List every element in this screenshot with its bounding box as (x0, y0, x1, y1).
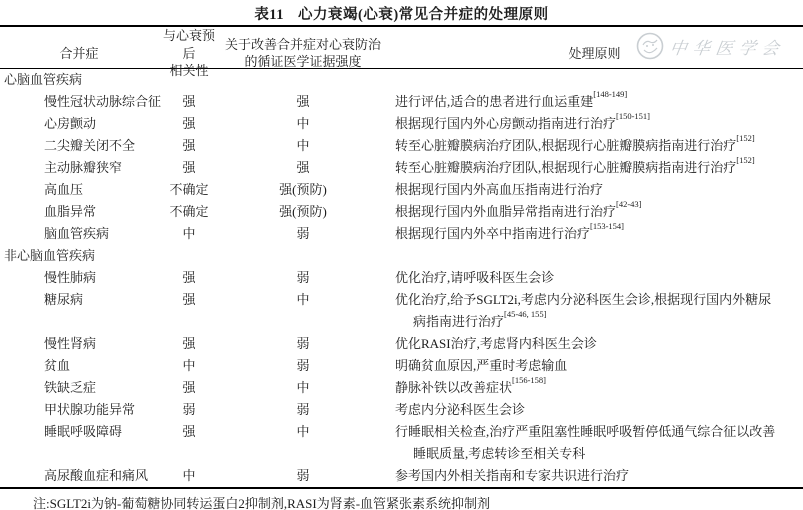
evidence-cell: 强(预防) (220, 179, 386, 201)
principle-line: 根据现行国内外高血压指南进行治疗 (395, 179, 799, 201)
principle-line: 优化治疗,给予SGLT2i,考虑内分泌科医生会诊,根据现行国内外糖尿 (395, 289, 799, 311)
prognosis-cell: 强 (158, 289, 220, 333)
table-row: 铁缺乏症 强 中 静脉补铁以改善症状[156-158] (0, 377, 803, 399)
table-row: 高血压 不确定 强(预防) 根据现行国内外高血压指南进行治疗 (0, 179, 803, 201)
prognosis-cell: 不确定 (158, 201, 220, 223)
comorbidity-cell: 高血压 (0, 179, 158, 201)
prognosis-cell: 强 (158, 333, 220, 355)
comorbidity-cell: 非心脑血管疾病 (0, 245, 158, 267)
table-row: 慢性肺病 强 弱 优化治疗,请呼吸科医生会诊 (0, 267, 803, 289)
evidence-cell: 中 (220, 377, 386, 399)
table-row: 脑血管疾病 中 弱 根据现行国内外卒中指南进行治疗[153-154] (0, 223, 803, 245)
section-row: 心脑血管疾病 (0, 69, 803, 91)
principle-cell: 考虑内分泌科医生会诊 (386, 399, 803, 421)
evidence-cell: 中 (220, 113, 386, 135)
comorbidity-cell: 慢性冠状动脉综合征 (0, 91, 158, 113)
evidence-cell: 弱 (220, 333, 386, 355)
table-title: 表11心力衰竭(心衰)常见合并症的处理原则 (0, 0, 803, 25)
table-row: 贫血 中 弱 明确贫血原因,严重时考虑输血 (0, 355, 803, 377)
header-evidence-line1: 关于改善合并症对心衰防治 (220, 36, 386, 54)
comorbidity-cell: 睡眠呼吸障碍 (0, 421, 158, 465)
principle-cell (386, 69, 803, 91)
principle-cell: 静脉补铁以改善症状[156-158] (386, 377, 803, 399)
table-number: 表11 (254, 7, 284, 23)
principle-cell: 优化RASI治疗,考虑肾内科医生会诊 (386, 333, 803, 355)
table-row: 糖尿病 强 中 优化治疗,给予SGLT2i,考虑内分泌科医生会诊,根据现行国内外… (0, 289, 803, 333)
prognosis-cell: 强 (158, 377, 220, 399)
principle-line: 明确贫血原因,严重时考虑输血 (395, 355, 799, 377)
comorbidity-table: 合并症 与心衰预后 相关性 关于改善合并症对心衰防治 的循证医学证据强度 处理原… (0, 25, 803, 489)
prognosis-cell: 不确定 (158, 179, 220, 201)
table-row: 甲状腺功能异常 弱 弱 考虑内分泌科医生会诊 (0, 399, 803, 421)
principle-line: 转至心脏瓣膜病治疗团队,根据现行心脏瓣膜病指南进行治疗[152] (395, 135, 799, 157)
comorbidity-cell: 甲状腺功能异常 (0, 399, 158, 421)
evidence-cell: 弱 (220, 267, 386, 289)
comorbidity-cell: 脑血管疾病 (0, 223, 158, 245)
evidence-cell: 弱 (220, 223, 386, 245)
table-title-text: 心力衰竭(心衰)常见合并症的处理原则 (298, 7, 549, 23)
prognosis-cell: 中 (158, 223, 220, 245)
reference-superscript: [42-43] (616, 199, 642, 209)
principle-line: 考虑内分泌科医生会诊 (395, 399, 799, 421)
reference-superscript: [153-154] (590, 221, 624, 231)
principle-line: 根据现行国内外血脂异常指南进行治疗[42-43] (395, 201, 799, 223)
principle-cell: 参考国内外相关指南和专家共识进行治疗 (386, 465, 803, 487)
prognosis-cell: 中 (158, 465, 220, 487)
principle-cell (386, 245, 803, 267)
prognosis-cell: 强 (158, 421, 220, 465)
table-row: 主动脉瓣狭窄 强 强 转至心脏瓣膜病治疗团队,根据现行心脏瓣膜病指南进行治疗[1… (0, 157, 803, 179)
evidence-cell (220, 69, 386, 91)
table-footnote: 注:SGLT2i为钠-葡萄糖协同转运蛋白2抑制剂,RASI为肾素-血管紧张素系统… (0, 491, 803, 510)
principle-line: 优化治疗,请呼吸科医生会诊 (395, 267, 799, 289)
comorbidity-cell: 糖尿病 (0, 289, 158, 333)
principle-cell: 优化治疗,请呼吸科医生会诊 (386, 267, 803, 289)
evidence-cell: 中 (220, 421, 386, 465)
evidence-cell: 强 (220, 157, 386, 179)
principle-line: 进行评估,适合的患者进行血运重建[148-149] (395, 91, 799, 113)
table-row: 慢性冠状动脉综合征 强 强 进行评估,适合的患者进行血运重建[148-149] (0, 91, 803, 113)
table-body: 心脑血管疾病 慢性冠状动脉综合征 强 强 进行评估,适合的患者进行血运重建[14… (0, 69, 803, 487)
header-evidence: 关于改善合并症对心衰防治 的循证医学证据强度 (220, 36, 386, 71)
prognosis-cell: 强 (158, 113, 220, 135)
evidence-cell: 强(预防) (220, 201, 386, 223)
prognosis-cell: 弱 (158, 399, 220, 421)
evidence-cell: 中 (220, 289, 386, 333)
prognosis-cell (158, 245, 220, 267)
prognosis-cell: 强 (158, 135, 220, 157)
comorbidity-cell: 心房颤动 (0, 113, 158, 135)
comorbidity-cell: 慢性肺病 (0, 267, 158, 289)
document-page: 表11心力衰竭(心衰)常见合并症的处理原则 合并症 与心衰预后 相关性 关于改善… (0, 0, 803, 510)
table-row: 高尿酸血症和痛风 中 弱 参考国内外相关指南和专家共识进行治疗 (0, 465, 803, 487)
comorbidity-cell: 心脑血管疾病 (0, 69, 158, 91)
evidence-cell: 弱 (220, 355, 386, 377)
principle-cell: 优化治疗,给予SGLT2i,考虑内分泌科医生会诊,根据现行国内外糖尿病指南进行治… (386, 289, 803, 333)
principle-line: 病指南进行治疗[45-46, 155] (395, 311, 799, 333)
principle-cell: 转至心脏瓣膜病治疗团队,根据现行心脏瓣膜病指南进行治疗[152] (386, 135, 803, 157)
evidence-cell: 中 (220, 135, 386, 157)
comorbidity-cell: 慢性肾病 (0, 333, 158, 355)
reference-superscript: [156-158] (512, 375, 546, 385)
comorbidity-cell: 铁缺乏症 (0, 377, 158, 399)
table-row: 慢性肾病 强 弱 优化RASI治疗,考虑肾内科医生会诊 (0, 333, 803, 355)
prognosis-cell: 强 (158, 91, 220, 113)
header-prognosis-line1: 与心衰预后 (158, 27, 220, 62)
principle-cell: 转至心脏瓣膜病治疗团队,根据现行心脏瓣膜病指南进行治疗[152] (386, 157, 803, 179)
principle-cell: 根据现行国内外心房颤动指南进行治疗[150-151] (386, 113, 803, 135)
prognosis-cell: 强 (158, 267, 220, 289)
table-row: 心房颤动 强 中 根据现行国内外心房颤动指南进行治疗[150-151] (0, 113, 803, 135)
header-evidence-line2: 的循证医学证据强度 (220, 53, 386, 71)
comorbidity-cell: 高尿酸血症和痛风 (0, 465, 158, 487)
table-row: 二尖瓣关闭不全 强 中 转至心脏瓣膜病治疗团队,根据现行心脏瓣膜病指南进行治疗[… (0, 135, 803, 157)
principle-cell: 根据现行国内外血脂异常指南进行治疗[42-43] (386, 201, 803, 223)
prognosis-cell: 中 (158, 355, 220, 377)
comorbidity-cell: 贫血 (0, 355, 158, 377)
table-bottom-rule (0, 487, 803, 489)
reference-superscript: [45-46, 155] (504, 309, 547, 319)
principle-line: 参考国内外相关指南和专家共识进行治疗 (395, 465, 799, 487)
principle-line: 转至心脏瓣膜病治疗团队,根据现行心脏瓣膜病指南进行治疗[152] (395, 157, 799, 179)
principle-cell: 明确贫血原因,严重时考虑输血 (386, 355, 803, 377)
principle-cell: 进行评估,适合的患者进行血运重建[148-149] (386, 91, 803, 113)
principle-line: 静脉补铁以改善症状[156-158] (395, 377, 799, 399)
header-prognosis-line2: 相关性 (158, 62, 220, 80)
header-principle: 处理原则 (386, 45, 803, 63)
principle-cell: 行睡眠相关检查,治疗严重阻塞性睡眠呼吸暂停低通气综合征以改善睡眠质量,考虑转诊至… (386, 421, 803, 465)
evidence-cell: 弱 (220, 399, 386, 421)
prognosis-cell: 强 (158, 157, 220, 179)
header-comorbidity: 合并症 (0, 45, 158, 63)
reference-superscript: [152] (736, 155, 754, 165)
header-prognosis: 与心衰预后 相关性 (158, 27, 220, 80)
principle-line: 优化RASI治疗,考虑肾内科医生会诊 (395, 333, 799, 355)
principle-line: 行睡眠相关检查,治疗严重阻塞性睡眠呼吸暂停低通气综合征以改善 (395, 421, 799, 443)
evidence-cell (220, 245, 386, 267)
reference-superscript: [150-151] (616, 111, 650, 121)
evidence-cell: 强 (220, 91, 386, 113)
table-header-row: 合并症 与心衰预后 相关性 关于改善合并症对心衰防治 的循证医学证据强度 处理原… (0, 25, 803, 69)
principle-line: 睡眠质量,考虑转诊至相关专科 (395, 443, 799, 465)
comorbidity-cell: 血脂异常 (0, 201, 158, 223)
table-row: 睡眠呼吸障碍 强 中 行睡眠相关检查,治疗严重阻塞性睡眠呼吸暂停低通气综合征以改… (0, 421, 803, 465)
comorbidity-cell: 主动脉瓣狭窄 (0, 157, 158, 179)
principle-line: 根据现行国内外卒中指南进行治疗[153-154] (395, 223, 799, 245)
comorbidity-cell: 二尖瓣关闭不全 (0, 135, 158, 157)
reference-superscript: [152] (736, 133, 754, 143)
reference-superscript: [148-149] (593, 89, 627, 99)
table-row: 血脂异常 不确定 强(预防) 根据现行国内外血脂异常指南进行治疗[42-43] (0, 201, 803, 223)
principle-cell: 根据现行国内外高血压指南进行治疗 (386, 179, 803, 201)
section-row: 非心脑血管疾病 (0, 245, 803, 267)
evidence-cell: 弱 (220, 465, 386, 487)
principle-line: 根据现行国内外心房颤动指南进行治疗[150-151] (395, 113, 799, 135)
principle-cell: 根据现行国内外卒中指南进行治疗[153-154] (386, 223, 803, 245)
